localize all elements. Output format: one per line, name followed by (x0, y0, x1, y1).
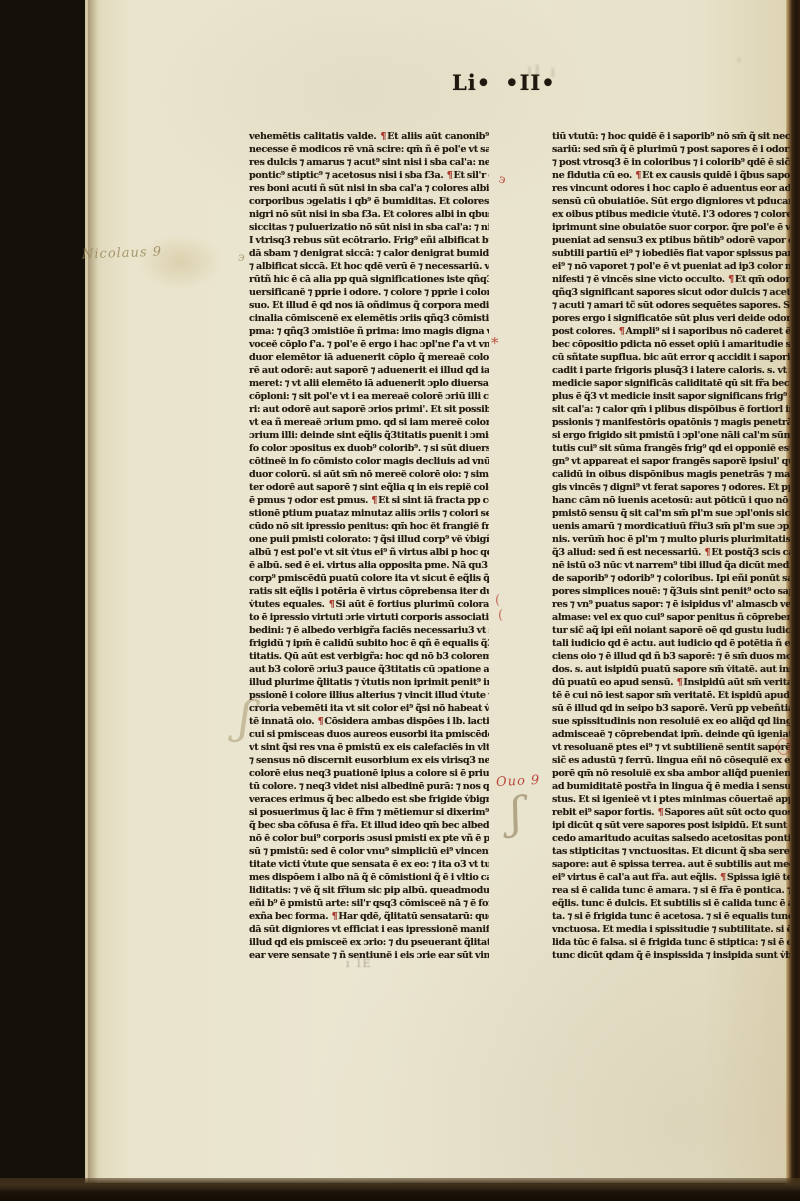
text-line: ipi dicūt q sūt vere sapores post isipid… (552, 819, 790, 832)
text-line: dos. s. aut isipidū puatū sapore sm̄ v̇i… (552, 663, 790, 676)
text-line: croria vebemēti ita vt sit color ei⁹ q̃s… (249, 702, 489, 715)
text-line: mes dispōem i albo nā q̃ ē cōmistioni q̃… (249, 871, 489, 884)
page-edge-highlight (88, 0, 98, 1201)
text-line: ē albū. sed ē ei. virtus alia opposita p… (249, 559, 489, 572)
text-line: pueniat ad sensu3 ex ptibus bñtib⁹ odorē… (552, 234, 790, 247)
text-line: eñi b⁹ ē pmistū arte: sil'r qsq3 cōmisce… (249, 897, 489, 910)
text-line: albū ⁊ est pol'e vt sit v̇tus ei⁹ ñ virt… (249, 546, 489, 559)
rubric-capitulum: ¶ (446, 170, 454, 181)
text-line: stionē ptium puataz minutaz aliis ɔriis … (249, 507, 489, 520)
text-line: pores simplices nouē: ⁊ q̃3uis sint peni… (552, 585, 790, 598)
rubric-capitulum: ¶ (704, 547, 712, 558)
text-line: ei⁹ ⁊ nō vaporet ⁊ pol'e ē vt pueniat ad… (552, 260, 790, 273)
text-line: tas stipticitas ⁊ vnctuositas. Et dicunt… (552, 845, 790, 858)
text-line: gn⁹ vt appareat ei sapor frangēs saporē … (552, 455, 790, 468)
ink-bleedthrough: ı lE (346, 957, 373, 970)
text-line: meret: ⁊ vt alii elemēto iā aduenerit ɔp… (249, 377, 489, 390)
text-line: medicie sapor significās caliditatē qū s… (552, 377, 790, 390)
text-line: tē ē cui nō iest sapor sm̄ veritatē. Et … (552, 689, 790, 702)
text-line: nē istū o3 nūc vt narrem⁹ tibi illud q̃a… (552, 559, 790, 572)
text-line: vehemētis calitatis valde. ¶Et aliis aūt… (249, 130, 489, 143)
text-line: sensū cū obuiatiōe. Sūt ergo digniores v… (552, 195, 790, 208)
text-column-left: vehemētis calitatis valde. ¶Et aliis aūt… (249, 130, 489, 966)
text-line: tunc dicūt qdam q̃ ē inspissida ⁊ insipi… (552, 949, 790, 962)
text-line: uersificanĕ ⁊ pprie i odore. ⁊ colore ⁊ … (249, 286, 489, 299)
text-line: plus ē q̃3 vt medicie insit sapor signif… (552, 390, 790, 403)
text-line: ad bumiditatē postr̃a in lingua q̃ ē med… (552, 780, 790, 793)
text-line: to ē ipressio virtuti ɔrie virtuti corpo… (249, 611, 489, 624)
text-line: tū colore. ⁊ neq3 videt nisi albedinē pu… (249, 780, 489, 793)
text-line: titate victi v̇tute que sensata ē ex eo:… (249, 858, 489, 871)
text-line: cadit i parte frigoris plusq̃3 i latere … (552, 364, 790, 377)
red-paren-mark-lower: ( (498, 608, 503, 623)
text-line: nis. verūm̄ hoc ē pl'm ⁊ multo pluris pl… (552, 533, 790, 546)
rubric-capitulum: ¶ (676, 677, 684, 688)
text-line: eq̃lis. tunc ē dulcis. Et subtilis si ē … (552, 897, 790, 910)
text-line: aut b3 colorē ɔriu3 pauce q̃3titatis cū … (249, 663, 489, 676)
text-line: corporibus ɔgelatis i qb⁹ ē bumiditas. E… (249, 195, 489, 208)
red-marginal-note: Ouo 9 (496, 773, 541, 790)
text-line: veraces erimus q̃ bec albedo est sbe fri… (249, 793, 489, 806)
text-line: ⁊ sensus nō discernit eusorbium ex eis v… (249, 754, 489, 767)
text-line: ter odorē aut saporē ⁊ sint eq̃lia q in … (249, 481, 489, 494)
text-line: sue spissitudinis non resoluiĕ ex eo ali… (552, 715, 790, 728)
text-line: pmistō sensu q̃ sit cal'm sm̄ pl'm sue ɔ… (552, 507, 790, 520)
text-line: ex oibus ptibus medicie v̇tutē. l'3 odor… (552, 208, 790, 221)
text-line: almase: vel ex quo cui⁹ sapor penitus ñ … (552, 611, 790, 624)
red-ring-mark (777, 738, 790, 755)
text-line: titatis. Qū aūt est verbigr̃a: hoc qd nō… (249, 650, 489, 663)
text-line: pssionis ⁊ manifestōris opatōnis ⁊ magis… (552, 416, 790, 429)
text-line: rebit ei⁹ sapor fortis. ¶Sapores aūt sūt… (552, 806, 790, 819)
text-line: rē aut odorē: aut saporē ⁊ aduenerit ei … (249, 364, 489, 377)
text-line: ei⁹ virtus ē cal'a aut fr̃a. aut eq̃lis.… (552, 871, 790, 884)
owner-inscription-handwriting: Nicolaus 9 (82, 245, 162, 263)
text-line: pores ergo i significatōe sūt plus veri … (552, 312, 790, 325)
text-line: one puii pmisti colorato: ⁊ q̃si illud c… (249, 533, 489, 546)
text-line: sit cal'a: ⁊ calor qm̄ i plibus dispōibu… (552, 403, 790, 416)
text-line: de saporib⁹ ⁊ odorib⁹ ⁊ coloribus. Ipi e… (552, 572, 790, 585)
text-line: dū puatū eo apud sensū. ¶Insipidū aūt sm… (552, 676, 790, 689)
text-line: pma: ⁊ qñq3 ɔmistiōe ñ prima: imo magis … (249, 325, 489, 338)
text-line: porē qm̄ nō resoluiĕ ex sba ambor aliq̃d… (552, 767, 790, 780)
text-line: qñq3 significant sapores sicut odor dulc… (552, 286, 790, 299)
text-line: hanc cām nō iuenis acetosū: aut pōticū i… (552, 494, 790, 507)
text-line: q̃ bec sba cōfusa ē fr̃a. Et illud ideo … (249, 819, 489, 832)
text-line: vt resoluanĕ ptes ei⁹ ⁊ vt subtilienĕ se… (552, 741, 790, 754)
text-line: lida tūc ē falsa. si ē frigida tunc ē st… (552, 936, 790, 949)
text-line: necesse ē modicos rē vnā scire: qm̄ ñ ē … (249, 143, 489, 156)
text-line: cōtineĕ in fo cōmisto color magis decliu… (249, 455, 489, 468)
text-line: tutis cui⁹ sit sūma frangēs frig⁹ qd ei … (552, 442, 790, 455)
text-line: tiū vtutū: ⁊ hoc quidē ē i saporib⁹ nō s… (552, 130, 790, 143)
text-line: si ergo frigido sit pmistū i ɔpl'one nāl… (552, 429, 790, 442)
text-line: q̃3 aliud: sed ñ est necessariū. ¶Et pos… (552, 546, 790, 559)
ink-offset-smudge: ıl ı (527, 61, 559, 81)
text-line: liditatis: ⁊ vĕ q̃ sit fr̃ium sic pip al… (249, 884, 489, 897)
text-line: colorē eius neq3 puationē ipius a colore… (249, 767, 489, 780)
text-line: rūtñ hic ē cā alia pp quā significatione… (249, 273, 489, 286)
text-column-right: tiū vtutū: ⁊ hoc quidē ē i saporib⁹ nō s… (552, 130, 790, 966)
text-line: bec cōpositio pdicta nō esset opiū i ama… (552, 338, 790, 351)
red-asterisk-mark: * (491, 334, 499, 352)
text-line: sū ē illud qd in seipo b3 saporē. Verū p… (552, 702, 790, 715)
margin-squiggle-mark: ϶ (238, 250, 245, 264)
text-line: tē innatā oio. ¶Cōsidera ambas dispōes i… (249, 715, 489, 728)
text-line: dā sūt digniores vt efficiat i eas ipres… (249, 923, 489, 936)
rubric-capitulum: ¶ (657, 807, 665, 818)
text-line: uenis amarū ⁊ mordicatiuū fr̃iu3 sm̄ pl'… (552, 520, 790, 533)
rubric-capitulum: ¶ (317, 716, 325, 727)
text-line: res boni acuti ñ sūt nisi in sba cal'a ⁊… (249, 182, 489, 195)
rubric-capitulum: ¶ (634, 170, 642, 181)
rubric-capitulum: ¶ (331, 911, 339, 922)
text-line: ⁊ acuti ⁊ amari tc̃ sūt odores sequētes … (552, 299, 790, 312)
text-line: res dulcis ⁊ amarus ⁊ acut⁹ sint nisi i … (249, 156, 489, 169)
text-line: duor elemētor iā aduenerit cōplo q̃ mere… (249, 351, 489, 364)
text-line: vnctuosa. Et media i spissitudie ⁊ subti… (552, 923, 790, 936)
text-line: post colores. ¶Ampli⁹ si i saporibus nō … (552, 325, 790, 338)
running-header-liber: Li• (452, 70, 491, 95)
text-line: nō ē color bui⁹ corporis ɔsusi pmisti ex… (249, 832, 489, 845)
text-line: bedini: ⁊ ē albedo verbigr̃a faciēs nece… (249, 624, 489, 637)
text-line: sariū: sed sm̄ q̃ ē plurimū ⁊ post sapor… (552, 143, 790, 156)
text-line: ē pmus ⁊ odor est pmus. ¶Et si sint iā f… (249, 494, 489, 507)
text-line: stus. Et si igenieĕ vt i ptes minimas cō… (552, 793, 790, 806)
rubric-capitulum: ¶ (379, 131, 387, 142)
text-line: ⁊ post vtrosq3 ē in coloribus ⁊ i colori… (552, 156, 790, 169)
text-line: ri: aut odorē aut saporē ɔrios primi'. E… (249, 403, 489, 416)
text-line: vt sint q̃si res vna ē pmistū ex eis cal… (249, 741, 489, 754)
text-line: suo. Et illud ē qd nos iā oñdimus q̃ cor… (249, 299, 489, 312)
text-line: pontic⁹ stiptic⁹ ⁊ acetosus nisi i sba f… (249, 169, 489, 182)
text-line: calidū in oibus dispōnibus magis penetrā… (552, 468, 790, 481)
text-line: iprimunt sine obuiatōe suor corpor. q̃re… (552, 221, 790, 234)
text-line: frigidū ⁊ ipm̄ ē calidū subito hoc ē qñ … (249, 637, 489, 650)
text-line: cūdo nō sit ipressio penitus: qm̄ hoc ĕt… (249, 520, 489, 533)
text-line: sic̃ es adustū ⁊ ferrū. lingua eñi nō cō… (552, 754, 790, 767)
text-line: cedo amaritudo acuitas salsedo acetosita… (552, 832, 790, 845)
text-line: sū ⁊ pmistū: sed ē color vnu⁹ simpliciū … (249, 845, 489, 858)
text-line: rea si ē calida tunc ē amara. ⁊ si ē fr̃… (552, 884, 790, 897)
text-line: cōploni: ⁊ sit pol'e vt i ea mereaĕ colo… (249, 390, 489, 403)
text-line: corp⁹ pmiscēdū puatū colore ita vt sicut… (249, 572, 489, 585)
text-line: res ⁊ vn⁹ puatus sapor: ⁊ ē isipidus vl'… (552, 598, 790, 611)
text-line: nigri nō sūt nisi in sba f3a. Et colores… (249, 208, 489, 221)
text-line: ne fidutia cū eo. ¶Et ex causis quidē i … (552, 169, 790, 182)
text-line: I vtrisq3 rebus sūt ecōtrario. Frig⁹ eñi… (249, 234, 489, 247)
text-line: admisceaĕ ⁊ cōprebendat ipm̄. deinde qū … (552, 728, 790, 741)
text-line: exña bec forma. ¶Har qdē, q̃litatū sensa… (249, 910, 489, 923)
text-line: gis vincēs ⁊ digni⁹ vt ferat sapores ⁊ o… (552, 481, 790, 494)
text-line: ciens oio ⁊ ē illud qd ñ b3 saporē: ⁊ ē … (552, 650, 790, 663)
text-line: voceĕ cōplo f'a. ⁊ pol'e ē ergo i hac ɔp… (249, 338, 489, 351)
text-line: sapore: aut ē spissa terrea. aut ē subti… (552, 858, 790, 871)
rubric-capitulum: ¶ (727, 274, 735, 285)
text-line: pssionē i colore illius alterius ⁊ vinci… (249, 689, 489, 702)
text-line: ɔrium illi: deinde sint eq̃lis q̃3titati… (249, 429, 489, 442)
text-line: cinalia cōmiscenĕ ex elemētis ɔriis qñq3… (249, 312, 489, 325)
text-line: tali iudicio qd ē actu. aut iudicio qd ē… (552, 637, 790, 650)
text-line: ta. ⁊ si ē frigida tunc ē acetosa. ⁊ si … (552, 910, 790, 923)
text-line: si posuerimus q̃ lac ē fr̃m ⁊ mētiemur s… (249, 806, 489, 819)
fore-edge-leaf-stack (0, 0, 92, 1201)
rubric-capitulum: ¶ (328, 599, 336, 610)
text-line: dā sbam ⁊ denigrat siccā: ⁊ calor denigr… (249, 247, 489, 260)
book-photo: Li••II• ıl ı ⸗ vehemētis calitatis valde… (0, 0, 800, 1201)
text-line: cui si pmisceas duos aureos eusorbi ita … (249, 728, 489, 741)
text-line: illud plurime q̃litatis ⁊ v̇tutis non ip… (249, 676, 489, 689)
rubric-capitulum: ¶ (618, 326, 626, 337)
text-line: tur sic̃ aq̃ ipi eñi noiant saporē oē qd… (552, 624, 790, 637)
text-line: vt ea ñ mereaĕ ɔrium pmo. qd si iam mere… (249, 416, 489, 429)
rubric-capitulum: ¶ (370, 495, 378, 506)
bottom-board-shadow (0, 1178, 800, 1201)
text-line: subtili partiū ei⁹ ⁊ iobediēs fiat vapor… (552, 247, 790, 260)
text-line: siccitas ⁊ puluerizatio nō sūt nisi in s… (249, 221, 489, 234)
text-line: ⁊ albificat siccā. Et hoc qdē verū ē ⁊ n… (249, 260, 489, 273)
text-line: ratis sit eq̃lis i potēria ē virtus cōpr… (249, 585, 489, 598)
text-line: v̇tutes equales. ¶Si aūt ē fortius pluri… (249, 598, 489, 611)
rubric-capitulum: ¶ (719, 872, 727, 883)
red-paren-mark-upper: ( (495, 593, 500, 608)
corner-smudge: ⸗ (737, 52, 741, 67)
text-line: cū sñtate supflua. bic aūt error q accid… (552, 351, 790, 364)
text-line: nifesti ⁊ ē vincēs sine victo occulto. ¶… (552, 273, 790, 286)
text-line: duor colorū. si aūt sm̄ nō mereĕ colorē … (249, 468, 489, 481)
text-line: fo color ɔpositus ex duob⁹ colorib⁹. ⁊ s… (249, 442, 489, 455)
text-line: res vincunt odores i hoc caplo ē aduentu… (552, 182, 790, 195)
text-line: illud qd eis pmisceĕ ex ɔrio: ⁊ du pseue… (249, 936, 489, 949)
